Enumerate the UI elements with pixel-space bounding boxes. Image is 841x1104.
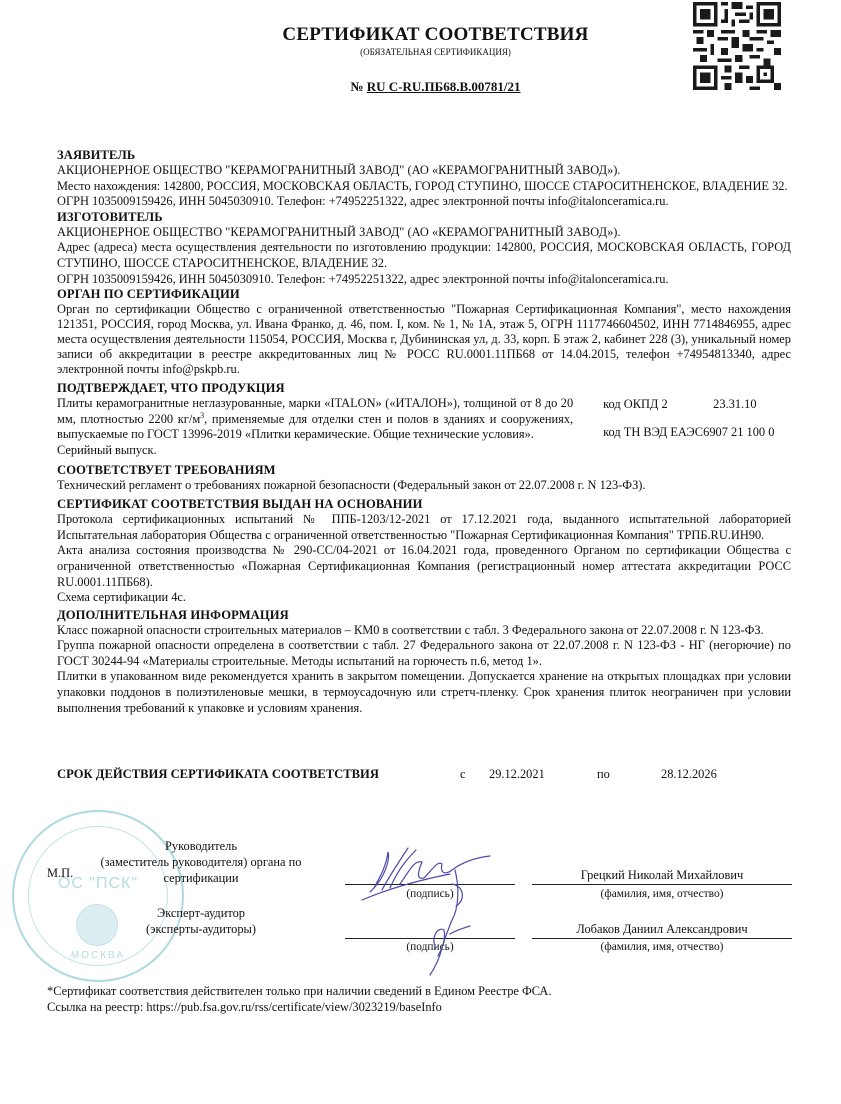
validity-note: *Сертификат соответствия действителен то… xyxy=(47,983,551,999)
validity-from-date: 29.12.2021 xyxy=(489,766,545,782)
expert-role-line2: (эксперты-аудиторы) xyxy=(86,921,316,937)
official-stamp-icon: ОС "ПСК" МОСКВА xyxy=(12,810,184,982)
qr-code-icon xyxy=(693,2,781,90)
registry-link-label: Ссылка на реестр: xyxy=(47,1000,146,1014)
head-role-line3: сертификации xyxy=(86,870,316,886)
requirements-text: Технический регламент о требованиях пожа… xyxy=(57,478,791,494)
head-role-line2: (заместитель руководителя) органа по xyxy=(86,854,316,870)
validity-to-date: 28.12.2026 xyxy=(661,766,717,782)
basis-heading: СЕРТИФИКАТ СООТВЕТСТВИЯ ВЫДАН НА ОСНОВАН… xyxy=(57,497,791,512)
head-full-name: Грецкий Николай Михайлович xyxy=(532,868,792,883)
certification-body-text: Орган по сертификации Общество с огранич… xyxy=(57,302,791,377)
number-value: RU C-RU.ПБ68.В.00781/21 xyxy=(367,79,521,94)
registry-link-row: Ссылка на реестр: https://pub.fsa.gov.ru… xyxy=(47,999,442,1015)
certification-body-section: ОРГАН ПО СЕРТИФИКАЦИИ Орган по сертифика… xyxy=(57,287,791,377)
requirements-section: СООТВЕТСТВУЕТ ТРЕБОВАНИЯМ Технический ре… xyxy=(57,463,791,494)
number-prefix: № xyxy=(350,79,366,94)
handwritten-signature-icon xyxy=(360,830,510,980)
basis-section: СЕРТИФИКАТ СООТВЕТСТВИЯ ВЫДАН НА ОСНОВАН… xyxy=(57,497,791,606)
stamp-city: МОСКВА xyxy=(14,948,182,964)
applicant-section: ЗАЯВИТЕЛЬ АКЦИОНЕРНОЕ ОБЩЕСТВО "КЕРАМОГР… xyxy=(57,148,791,210)
expert-role: Эксперт-аудитор (эксперты-аудиторы) xyxy=(86,905,316,937)
applicant-contacts: ОГРН 1035009159426, ИНН 5045030910. Теле… xyxy=(57,194,791,210)
code-tnved-label: код ТН ВЭД ЕАЭС xyxy=(603,425,703,441)
validity-label: СРОК ДЕЙСТВИЯ СЕРТИФИКАТА СООТВЕТСТВИЯ xyxy=(57,766,379,782)
certificate-body: ЗАЯВИТЕЛЬ АКЦИОНЕРНОЕ ОБЩЕСТВО "КЕРАМОГР… xyxy=(57,148,791,716)
head-role: Руководитель (заместитель руководителя) … xyxy=(86,838,316,886)
head-role-line1: Руководитель xyxy=(86,838,316,854)
basis-scheme: Схема сертификации 4с. xyxy=(57,590,791,606)
applicant-heading: ЗАЯВИТЕЛЬ xyxy=(57,148,791,163)
applicant-address: Место нахождения: 142800, РОССИЯ, МОСКОВ… xyxy=(57,179,791,195)
applicant-name: АКЦИОНЕРНОЕ ОБЩЕСТВО "КЕРАМОГРАНИТНЫЙ ЗА… xyxy=(57,163,791,179)
basis-protocol: Протокола сертификационных испытаний № П… xyxy=(57,512,791,543)
manufacturer-heading: ИЗГОТОВИТЕЛЬ xyxy=(57,210,791,225)
additional-heading: ДОПОЛНИТЕЛЬНАЯ ИНФОРМАЦИЯ xyxy=(57,608,791,623)
additional-group: Группа пожарной опасности определена в с… xyxy=(57,638,791,669)
validity-to-label: по xyxy=(597,766,610,782)
product-codes: код ОКПД 2 23.31.10 код ТН ВЭД ЕАЭС 6907… xyxy=(603,396,791,458)
head-name-line xyxy=(532,884,792,885)
manufacturer-name: АКЦИОНЕРНОЕ ОБЩЕСТВО "КЕРАМОГРАНИТНЫЙ ЗА… xyxy=(57,225,791,241)
basis-act: Акта анализа состояния производства № 29… xyxy=(57,543,791,590)
additional-section: ДОПОЛНИТЕЛЬНАЯ ИНФОРМАЦИЯ Класс пожарной… xyxy=(57,608,791,717)
code-okpd: код ОКПД 2 23.31.10 xyxy=(603,397,791,425)
additional-class: Класс пожарной опасности строительных ма… xyxy=(57,623,791,639)
expert-name-line xyxy=(532,938,792,939)
expert-full-name: Лобаков Даниил Александрович xyxy=(532,922,792,937)
code-tnved: код ТН ВЭД ЕАЭС 6907 21 100 0 xyxy=(603,425,791,453)
code-tnved-value: 6907 21 100 0 xyxy=(703,425,774,441)
expert-role-line1: Эксперт-аудитор xyxy=(86,905,316,921)
manufacturer-section: ИЗГОТОВИТЕЛЬ АКЦИОНЕРНОЕ ОБЩЕСТВО "КЕРАМ… xyxy=(57,210,791,287)
code-okpd-value: 23.31.10 xyxy=(713,397,756,413)
validity-from-label: с xyxy=(460,766,466,782)
serial-production: Серийный выпуск. xyxy=(57,443,573,459)
validity-row: СРОК ДЕЙСТВИЯ СЕРТИФИКАТА СООТВЕТСТВИЯ с… xyxy=(57,766,791,782)
product-section: ПОДТВЕРЖДАЕТ, ЧТО ПРОДУКЦИЯ Плиты керамо… xyxy=(57,381,791,458)
stamp-place-label: М.П. xyxy=(47,866,73,882)
manufacturer-contacts: ОГРН 1035009159426, ИНН 5045030910. Теле… xyxy=(57,272,791,288)
manufacturer-address: Адрес (адреса) места осуществления деяте… xyxy=(57,240,791,271)
registry-link[interactable]: https://pub.fsa.gov.ru/rss/certificate/v… xyxy=(146,1000,441,1014)
product-heading: ПОДТВЕРЖДАЕТ, ЧТО ПРОДУКЦИЯ xyxy=(57,381,791,396)
requirements-heading: СООТВЕТСТВУЕТ ТРЕБОВАНИЯМ xyxy=(57,463,791,478)
additional-storage: Плитки в упакованном виде рекомендуется … xyxy=(57,669,791,716)
expert-name-caption: (фамилия, имя, отчество) xyxy=(532,940,792,954)
head-name-caption: (фамилия, имя, отчество) xyxy=(532,887,792,901)
code-okpd-label: код ОКПД 2 xyxy=(603,397,713,413)
certification-body-heading: ОРГАН ПО СЕРТИФИКАЦИИ xyxy=(57,287,791,302)
product-description: Плиты керамогранитные неглазурованные, м… xyxy=(57,396,573,458)
